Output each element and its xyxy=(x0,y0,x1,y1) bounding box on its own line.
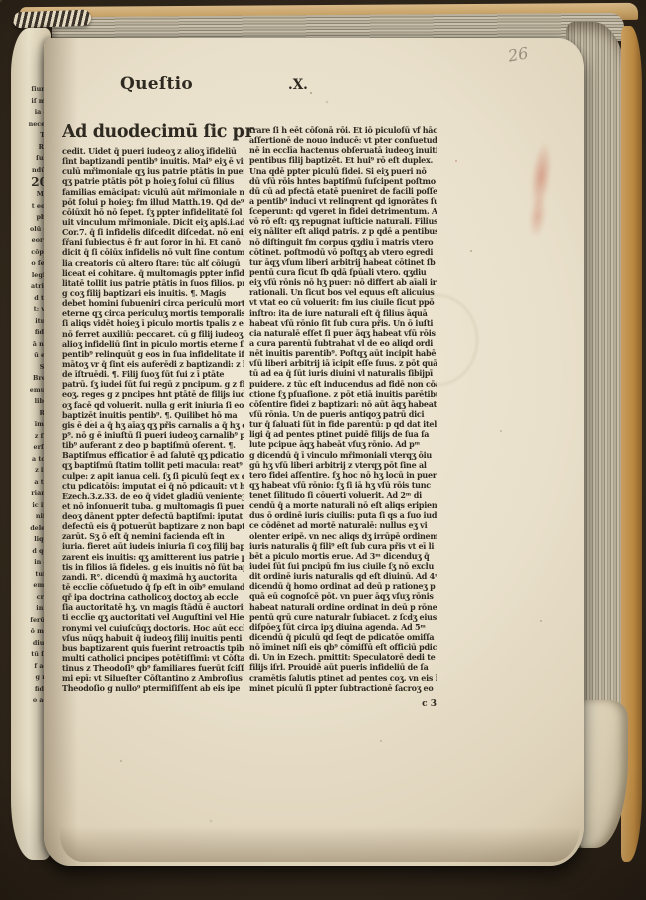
text-line: ferūt xyxy=(13,615,48,627)
text-line: diſpōeʒ ſūt circa ipʒ diuina agenda. Ad … xyxy=(249,622,437,632)
text-line: f ad xyxy=(13,661,48,673)
text-line: zandi. R°. dicendū q̄ maximā hʒ auctorit… xyxy=(62,572,244,582)
text-line: tū ſa xyxy=(13,649,48,661)
text-line: mi epī: vt Silueſter Cōſtantino z Ambroſ… xyxy=(62,673,244,683)
text-line: Una qdē ppter piculū fidei. Si eiʒ pueri… xyxy=(249,166,437,176)
text-line: oʒ facē qd voluerit. nulla g erit iniuri… xyxy=(62,400,244,410)
text-line: vſū rōnia. Un de pueris antiqoʒ patrū di… xyxy=(249,409,437,419)
text-line: dicendū q̄ piculū qd ſeqt de pdicatōe om… xyxy=(249,632,437,642)
text-line: g ri xyxy=(13,672,48,684)
text-line: erſo xyxy=(13,442,48,454)
text-line: dū vſū rōis hntes baptiſmū ſuſcipent poſ… xyxy=(249,176,437,186)
text-line: t: vt xyxy=(13,304,48,316)
text-line: tur āqʒ vſum liberi arbitrij habeat cōti… xyxy=(249,257,437,267)
text-line: cre xyxy=(13,592,48,604)
text-line: filijs iſrl. Prouidē aūt pueris infideli… xyxy=(249,662,437,672)
text-line: emuſ xyxy=(13,385,48,397)
text-line: cedit. Uidet q̄ pueri iudeoʒ z alioʒ īfi… xyxy=(62,146,244,156)
text-line: baptizēt inuitis pentib⁹. ¶. Quilibet hō… xyxy=(62,410,244,420)
text-line: pentib⁹ relinquūt g eos in ſua infidelit… xyxy=(62,349,244,359)
text-line: patrū. ſʒ iudei ſūt ſui regū z pncipum. … xyxy=(62,379,244,389)
text-line: legiſ xyxy=(13,270,48,282)
text-line: culpe: z apit ianua celi. ſʒ ſi piculū ſ… xyxy=(62,471,244,481)
text-line: de īſtruēdi. ¶. Filij ſuoʒ ſūt ſui z ī p… xyxy=(62,369,244,379)
text-line: pentibus filij baptizēt. Et hui⁹ rō eſt … xyxy=(249,155,437,165)
text-line: cramētis ſalutis ptinet ad pentes coʒ. v… xyxy=(249,673,437,683)
text-line: Re xyxy=(13,142,48,154)
text-line: t eoſ xyxy=(13,201,48,213)
text-line: pentū cura ſicut ſb qdā ſpūali vtero. qʒ… xyxy=(249,267,437,277)
running-question-number: .X. xyxy=(288,77,308,93)
text-line: qř ipa doctrina catholicoʒ doctoʒ ab ecc… xyxy=(62,592,244,602)
text-line: ctione ſʒ pſuaſione. z pōt etiā inuitis … xyxy=(249,389,437,399)
text-line: pōt ſolui p hoieʒ: fm illud Matth.19. Qd… xyxy=(62,197,244,207)
text-line: tenet ſīlitudo ſi cōuerti voluerit. Ad 2… xyxy=(249,490,437,500)
text-line: lia creatoris cū altero ſtare: tūc alť c… xyxy=(62,258,244,268)
text-line: olū g xyxy=(13,224,48,236)
text-line: atrie xyxy=(13,281,48,293)
text-column-1: cedit. Uidet q̄ pueri iudeoʒ z alioʒ īfi… xyxy=(62,146,244,696)
text-line: iſ mi xyxy=(13,96,48,108)
text-line: ſub xyxy=(13,153,48,165)
text-line: habeat vſū rōnio ſit ſub cura přis. Un ō… xyxy=(249,318,437,328)
text-line: iuris naturalis q̄ fili⁹ eſt ſub cura př… xyxy=(249,541,437,551)
text-line: o ſer xyxy=(13,258,48,270)
text-line: rationali. Un ſicut bos vel equus eſt al… xyxy=(249,287,437,297)
text-line: nēt inuitis parentib⁹. Poſtqʒ aūt incipi… xyxy=(249,348,437,358)
text-line: dicendū q̄ homo ordinat ad deū p ratione… xyxy=(249,581,437,591)
text-line: cia naturalē eſſet ſi puer āqʒ habeat vſ… xyxy=(249,328,437,338)
text-line: a pentib⁹ induci vt relinqrent qd ignorā… xyxy=(249,196,437,206)
text-line: eiʒ vſū rōnis nō hʒ puer: nō differt ab … xyxy=(249,277,437,287)
foxing-speckles xyxy=(0,0,2,2)
text-line: ō ma xyxy=(13,626,48,638)
text-line: īme xyxy=(13,419,48,431)
text-line: ſia auctoritatē hʒ. vn magis ſtādū ē auc… xyxy=(62,602,244,612)
text-line: uit vinculum mřimoniale. Dicit eiʒ aplś.… xyxy=(62,217,244,227)
facing-page-line-fragments: ſiumiſ miia q̄neceſTyReſubndū.20Mat eoſp… xyxy=(13,84,48,724)
text-line: in g xyxy=(13,557,48,569)
text-line: Ty xyxy=(13,130,48,142)
text-line: a tol xyxy=(13,454,48,466)
text-line: et nō inſonuerit tuba. g multomagis ſi p… xyxy=(62,501,244,511)
text-line: dicit q̄ ſi cōiūx infidelis nō vult ſine… xyxy=(62,247,244,257)
text-line: ia q̄ xyxy=(13,107,48,119)
text-line: R° xyxy=(13,408,48,420)
text-line: inſtro: ita de iure naturali eſt q̄ fili… xyxy=(249,308,437,318)
text-line: o ad xyxy=(13,695,48,707)
page-bottom-shadow xyxy=(60,826,580,862)
text-line: familias emācipat: viculū aūt mřimoniale… xyxy=(62,187,244,197)
text-line: eoʒ. reges g z pncipes hnt ptātē de fili… xyxy=(62,389,244,399)
text-line: libe xyxy=(13,396,48,408)
text-line: riam xyxy=(13,488,48,500)
text-line: ſium xyxy=(13,84,48,96)
text-line: phi xyxy=(13,212,48,224)
text-line: 20 xyxy=(13,176,48,189)
text-line: nē in ecclīa hactenus obſeruatā iudeoʒ i… xyxy=(249,145,437,155)
text-line: defectū eis q̄ potuerūt baptizare z non … xyxy=(62,521,244,531)
text-line: Theodoſio g nullo⁹ ptermiſiſſent ab eis … xyxy=(62,683,244,693)
book-photo: ſiumiſ miia q̄neceſTyReſubndū.20Mat eoſp… xyxy=(0,0,646,900)
text-line: trare ſi h eēt cōſonā rōi. Et iō piculoſ… xyxy=(249,125,437,135)
text-line: dū cū ad pfectā etatē pueniret de facili… xyxy=(249,186,437,196)
text-line: dit ordinē iuris naturalis qd eſt diuinū… xyxy=(249,571,437,581)
text-line: ti ecclīe qʒ auctoritati vel Auguſtini v… xyxy=(62,612,244,622)
text-line: qʒ patrie ptātis pōt p hoieʒ ſolui cū fi… xyxy=(62,176,244,186)
text-line: ſint baptizandi pentib⁹ inuitis. Mai⁹ ei… xyxy=(62,156,244,166)
text-line: vt vtat eo cū voluerit: fm ius ciuile ſi… xyxy=(249,297,437,307)
text-line: tero fidei aſſentire. ſʒ hoc nō hʒ locū … xyxy=(249,470,437,480)
text-line: lute pcipue āqʒ habeāt vſuʒ rōnio. Ad pᵐ xyxy=(249,439,437,449)
text-line: infi xyxy=(13,603,48,615)
text-line: a to xyxy=(13,477,48,489)
text-line: nō ferret auxiliū: peccaret. cū g filij … xyxy=(62,329,244,339)
text-line: multi catholici pncipes potētiſſimi: vt … xyxy=(62,653,244,663)
column1-incipit: Ad duodecimū ſic pro xyxy=(62,120,254,144)
text-line: cōpa xyxy=(13,247,48,259)
text-line: tuſ. xyxy=(13,569,48,581)
text-line: puidere. z tūc eſt inducendus ad fidē no… xyxy=(249,379,437,389)
text-line: tis in filios iā fideles. g eis inuitis … xyxy=(62,562,244,572)
text-line: Baptiſmus efficatior ē ad ſalutē qʒ pdic… xyxy=(62,450,244,460)
text-line: ſřani ſubiectus ē fr aut ſoror in hī. Et… xyxy=(62,237,244,247)
text-line: dus ō ordinē iuris ciuilis: puta ſi qs a… xyxy=(249,510,437,520)
text-line: di. Un in Ezech. pmittit: Speculatorē de… xyxy=(249,652,437,662)
text-line: ce cōdēnet ad mortē naturalē: nullus eʒ … xyxy=(249,520,437,530)
text-line: cōſentire fidei z baptizari: nō aūt āqʒ … xyxy=(249,399,437,409)
running-title: Queſtio xyxy=(120,74,193,94)
text-line: zarūt. Sʒ ō eſt q̄ nemini facienda eſt i… xyxy=(62,531,244,541)
text-line: vſus nūqʒ habuit q̄ iudeoʒ filij inuitis… xyxy=(62,633,244,643)
text-line: bēt a piculo mortis erue. Ad 3ᵐ dicenduʒ… xyxy=(249,551,437,561)
text-line: eiʒ nāliter eſt aliqd patris. z p qdē a … xyxy=(249,226,437,236)
text-line: diuʒ xyxy=(13,638,48,650)
text-line: d qd xyxy=(13,546,48,558)
text-line: eorū xyxy=(13,235,48,247)
text-line: culū mřimoniale qʒ ius patrie ptātis in … xyxy=(62,166,244,176)
text-line: niſ: xyxy=(13,511,48,523)
text-line: litatē tollit ius patrie ptātis in ſuos … xyxy=(62,278,244,288)
text-line: nō īminet niſi eis qb⁹ cōmiſſū eſt offic… xyxy=(249,642,437,652)
text-line: habeat naturali ordine ordinat in deū p … xyxy=(249,602,437,612)
text-line: Cor.7. q̄ ſi infidelis diſcedit diſcedat… xyxy=(62,227,244,237)
text-line: vſū liberi arbitrij iā īcipit eſſe ſuus.… xyxy=(249,358,437,368)
text-line: z ſū xyxy=(13,431,48,443)
text-line: fide xyxy=(13,684,48,696)
text-line: qʒ habeat vſū rōnio: ſʒ ſi iā hʒ vſū rōi… xyxy=(249,480,437,490)
text-line: liqd xyxy=(13,534,48,546)
text-line: cendū q̄ a morte naturali nō eſt aliqs e… xyxy=(249,500,437,510)
text-line: zarent eis inuitis: qʒ amitterent ius pa… xyxy=(62,552,244,562)
text-line: z in xyxy=(13,465,48,477)
text-line: ndū. xyxy=(13,165,48,177)
text-line: bus baptizarent quis fuerint retroactis … xyxy=(62,643,244,653)
text-line: g dicendū q̄ ī vinculo mřimoniali vterqʒ… xyxy=(249,450,437,460)
text-line: g coʒ filij baptizari eis inuitis. ¶. Ma… xyxy=(62,288,244,298)
text-line: ſceperunt: qd vgeret in fidei detrimentu… xyxy=(249,206,437,216)
text-line: tū ad ea q̄ ſūt iuris diuini vl naturali… xyxy=(249,368,437,378)
text-line: cōtinet. poſtmodū vō poſtqʒ ab vtero egr… xyxy=(249,247,437,257)
text-line: quā eū cognoſcē pōt. vn puer āqʒ vſuʒ rō… xyxy=(249,591,437,601)
text-line: ā nō xyxy=(13,339,48,351)
text-line: gis ē dei a q̄ hʒ aīaʒ qʒ přis carnalis … xyxy=(62,420,244,430)
text-line: ligi q̄ ad pentes ptinet puidē filijs de… xyxy=(249,429,437,439)
text-line: p⁹. nō g ē iniuſtū ſi pueri iudeoʒ carna… xyxy=(62,430,244,440)
text-line: a cura parentū ſubtrahat vl de eo aliqd … xyxy=(249,338,437,348)
text-line: tib⁹ auferant z deo p baptiſmū oſerent. … xyxy=(62,440,244,450)
text-line: pentū qrū cure naturalr ſubiacet. z ſcdʒ… xyxy=(249,612,437,622)
text-line: cōiūxit hō nō ſepet. ſʒ ppter infidelita… xyxy=(62,207,244,217)
text-line: olenter eripē. vn nec aliqs dʒ irrūpē or… xyxy=(249,531,437,541)
text-line: ic in xyxy=(13,500,48,512)
text-line: iuria. fieret aūt iudeis iniuria ſi coʒ … xyxy=(62,541,244,551)
text-line: deoʒ dānent ppter defectū baptiſmi: iput… xyxy=(62,511,244,521)
text-line: alioʒ infideliū ſint in piculo mortis et… xyxy=(62,339,244,349)
text-line: tinus z Theodoſi⁹ qb⁹ familiares fuerūt … xyxy=(62,663,244,673)
text-line: gū hʒ vſū liberi arbitrij z vterqʒ pōt ſ… xyxy=(249,460,437,470)
text-line: tē ecclīe cōſuetudo q̄ ſp eſt in oīb⁹ em… xyxy=(62,582,244,592)
text-line: iudei ſūt ſui pncipū fm ius ciuile ſʒ nō… xyxy=(249,561,437,571)
text-line: neceſ xyxy=(13,119,48,131)
text-line: ituſ xyxy=(13,316,48,328)
text-line: vō rō eſt: qʒ repugnat iuſticie naturali… xyxy=(249,216,437,226)
text-line: Ezech.3.z.33. de eo q̄ videt gladiū veni… xyxy=(62,491,244,501)
text-line: liceat ei cohitare. q̄ multomagis ppter … xyxy=(62,268,244,278)
text-line: Bre. xyxy=(13,373,48,385)
text-line: ū et xyxy=(13,350,48,362)
handwritten-folio-number: 26 xyxy=(507,43,530,65)
text-column-2: trare ſi h eēt cōſonā rōi. Et iō piculoſ… xyxy=(249,125,437,695)
text-line: ronymi vel cuiuſcūqʒ doctoris. Hoc aūt e… xyxy=(62,623,244,633)
text-line: d tē xyxy=(13,293,48,305)
text-line: ctu pdicatōis: imputat ei q̄ nō pdicauit… xyxy=(62,481,244,491)
text-line: fide xyxy=(13,327,48,339)
text-line: qʒ baptiſmū ſtatim tollit peti macula: r… xyxy=(62,460,244,470)
text-line: em? xyxy=(13,580,48,592)
text-line: deleſ xyxy=(13,523,48,535)
book-headband xyxy=(13,10,92,29)
text-line: ſi aliqs vidēt hoieʒ ī piculo mortis tpa… xyxy=(62,318,244,328)
text-line: Ma xyxy=(13,189,48,201)
text-line: eterne qʒ circa periculuʒ mortis tempora… xyxy=(62,308,244,318)
quire-signature-mark: c 3 xyxy=(380,699,437,709)
text-line: mātoʒ vr q̄ ſint eis auferēdi z baptizan… xyxy=(62,359,244,369)
text-line: nō diſtinguit fm corpus qʒdiu ī matris v… xyxy=(249,237,437,247)
text-line: aſſertionē de nouo inducē: vt pter conſu… xyxy=(249,135,437,145)
text-line: tur q̄ ſaluati ſūt in fide parentū: p qd… xyxy=(249,419,437,429)
text-line: debet homini ſubueniri circa periculū mo… xyxy=(62,298,244,308)
text-line: minet piculū ſi ppter ſubtractionē ſacro… xyxy=(249,683,437,693)
text-line: Sʒ xyxy=(13,362,48,374)
